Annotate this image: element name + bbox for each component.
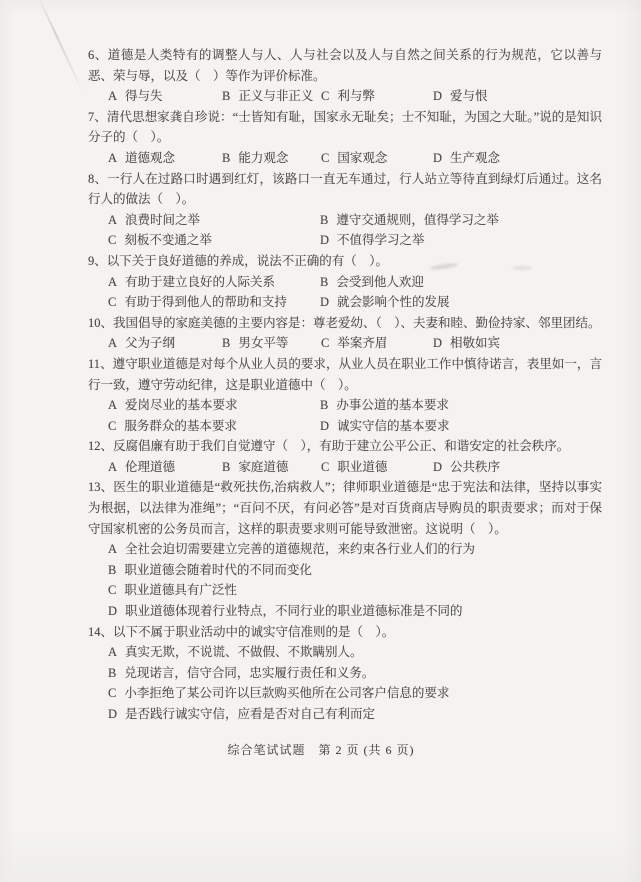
question-number: 6、 [88, 48, 108, 62]
option-letter: C [108, 295, 116, 309]
option-a: A父为子纲 [108, 333, 222, 354]
option-text: 爱与恨 [450, 89, 488, 103]
question: 6、道德是人类特有的调整人与人、人与社会以及人与自然之间关系的行为规范，它以善与… [88, 45, 602, 107]
option-text: 诚实守信的基本要求 [337, 419, 450, 433]
option-letter: A [108, 460, 117, 474]
option-text: 家庭道德 [238, 460, 288, 474]
option-text: 父为子纲 [125, 336, 175, 350]
option-text: 爱岗尽业的基本要求 [125, 398, 238, 412]
question-text: 12、反腐倡廉有助于我们自觉遵守（ ），有助于建立公平公正、和谐安定的社会秩序。 [88, 436, 602, 457]
question-text: 9、以下关于良好道德的养成，说法不正确的有（ ）。 [88, 251, 602, 272]
question: 13、医生的职业道德是“救死扶伤,治病救人”；律师职业道德是“忠于宪法和法律，坚… [88, 477, 602, 621]
option-text: 国家观念 [337, 151, 387, 165]
page-footer: 综合笔试试题第 2 页 (共 6 页) [64, 740, 578, 761]
option-letter: B [222, 151, 230, 165]
option-letter: C [108, 686, 116, 700]
question: 10、我国倡导的家庭美德的主要内容是：尊老爱幼、（ ）、夫妻和睦、勤俭持家、邻里… [88, 313, 602, 354]
question-number: 11、 [88, 357, 113, 371]
option-letter: D [433, 336, 442, 350]
question-body: 道德是人类特有的调整人与人、人与社会以及人与自然之间关系的行为规范，它以善与恶、… [88, 48, 602, 83]
option-letter: C [321, 89, 329, 103]
question-text: 6、道德是人类特有的调整人与人、人与社会以及人与自然之间关系的行为规范，它以善与… [88, 45, 602, 86]
option-text: 职业道德 [337, 460, 387, 474]
option-a: A浪费时间之举 [108, 210, 320, 231]
option-text: 是否践行诚实守信，应看是否对自己有利而定 [125, 707, 375, 721]
option-c: C服务群众的基本要求 [108, 416, 320, 437]
question-number: 14、 [88, 625, 113, 639]
question-number: 10、 [88, 316, 113, 330]
question-body: 清代思想家龚自珍说：“士皆知有耻，国家永无耻矣；士不知耻，为国之大耻。”说的是知… [88, 110, 602, 145]
question-number: 12、 [88, 439, 113, 453]
option-text: 有助于得到他人的帮助和支持 [124, 295, 287, 309]
option-letter: D [108, 707, 117, 721]
option-b: B能力观念 [222, 148, 321, 169]
question-body: 我国倡导的家庭美德的主要内容是：尊老爱幼、（ ）、夫妻和睦、勤俭持家、邻里团结。 [113, 316, 601, 330]
option-d: D爱与恨 [433, 86, 602, 107]
options: A道德观念B能力观念C国家观念D生产观念 [108, 148, 602, 169]
option-c: C有助于得到他人的帮助和支持 [108, 292, 320, 313]
question-body: 遵守职业道德是对每个从业人员的要求，从业人员在职业工作中慎待诺言，表里如一，言行… [88, 357, 602, 392]
option-letter: B [320, 275, 328, 289]
question-text: 13、医生的职业道德是“救死扶伤,治病救人”；律师职业道德是“忠于宪法和法律，坚… [88, 477, 602, 539]
options: A伦理道德B家庭道德C职业道德D公共秩序 [108, 457, 602, 478]
option-text: 小李拒绝了某公司许以巨款购买他所在公司客户信息的要求 [124, 686, 449, 700]
option-letter: C [108, 419, 116, 433]
option-a: A有助于建立良好的人际关系 [108, 272, 320, 293]
options: A得与失B正义与非正义C利与弊D爱与恨 [108, 86, 602, 107]
question-number: 9、 [88, 254, 107, 268]
option-text: 会受到他人欢迎 [336, 275, 424, 289]
option-letter: A [108, 336, 117, 350]
option-d: D生产观念 [433, 148, 602, 169]
question: 8、一行人在过路口时遇到红灯，该路口一直无车通过，行人站立等待直到绿灯后通过。这… [88, 169, 602, 251]
option-text: 全社会迫切需要建立完善的道德规范，来约束各行业人们的行为 [125, 542, 475, 556]
option-text: 道德观念 [125, 151, 175, 165]
option-letter: D [108, 604, 117, 618]
options: A父为子纲B男女平等C举案齐眉D相敬如宾 [108, 333, 602, 354]
option-text: 遵守交通规则，值得学习之举 [336, 213, 499, 227]
option-d: D是否践行诚实守信，应看是否对自己有利而定 [108, 704, 602, 725]
options: A浪费时间之举B遵守交通规则，值得学习之举C刻板不变通之举D不值得学习之举 [108, 210, 602, 251]
option-letter: B [222, 89, 230, 103]
question-number: 7、 [88, 110, 107, 124]
page-number: 第 2 页 (共 6 页) [319, 743, 415, 757]
option-a: A道德观念 [108, 148, 222, 169]
option-text: 有助于建立良好的人际关系 [125, 275, 275, 289]
option-text: 真实无欺，不说谎、不做假、不欺瞒别人。 [125, 645, 363, 659]
option-b: B办事公道的基本要求 [320, 395, 602, 416]
option-a: A爱岗尽业的基本要求 [108, 395, 320, 416]
question-list: 6、道德是人类特有的调整人与人、人与社会以及人与自然之间关系的行为规范，它以善与… [88, 45, 602, 725]
question-text: 8、一行人在过路口时遇到红灯，该路口一直无车通过，行人站立等待直到绿灯后通过。这… [88, 169, 602, 210]
option-c: C小李拒绝了某公司许以巨款购买他所在公司客户信息的要求 [108, 683, 602, 704]
question-body: 医生的职业道德是“救死扶伤,治病救人”；律师职业道德是“忠于宪法和法律，坚持以事… [88, 480, 602, 535]
option-b: B遵守交通规则，值得学习之举 [320, 210, 602, 231]
option-c: C利与弊 [321, 86, 433, 107]
question-body: 一行人在过路口时遇到红灯，该路口一直无车通过，行人站立等待直到绿灯后通过。这名行… [88, 172, 602, 207]
option-text: 职业道德具有广泛性 [124, 583, 237, 597]
option-text: 伦理道德 [125, 460, 175, 474]
option-text: 就会影响个性的发展 [337, 295, 450, 309]
option-text: 办事公道的基本要求 [336, 398, 449, 412]
option-d: D公共秩序 [433, 457, 602, 478]
question-body: 以下关于良好道德的养成，说法不正确的有（ ）。 [107, 254, 388, 268]
option-text: 得与失 [125, 89, 163, 103]
option-letter: B [320, 398, 328, 412]
option-text: 职业道德会随着时代的不同而变化 [124, 563, 312, 577]
scanned-exam-page: 6、道德是人类特有的调整人与人、人与社会以及人与自然之间关系的行为规范，它以善与… [0, 0, 641, 882]
question: 12、反腐倡廉有助于我们自觉遵守（ ），有助于建立公平公正、和谐安定的社会秩序。… [88, 436, 602, 477]
option-c: C举案齐眉 [321, 333, 433, 354]
option-letter: B [222, 336, 230, 350]
question-text: 11、遵守职业道德是对每个从业人员的要求，从业人员在职业工作中慎待诺言，表里如一… [88, 354, 602, 395]
question: 11、遵守职业道德是对每个从业人员的要求，从业人员在职业工作中慎待诺言，表里如一… [88, 354, 602, 436]
question-number: 13、 [88, 480, 113, 494]
option-letter: C [108, 583, 116, 597]
option-c: C职业道德具有广泛性 [108, 580, 602, 601]
option-c: C国家观念 [321, 148, 433, 169]
option-text: 利与弊 [337, 89, 375, 103]
options: A真实无欺，不说谎、不做假、不欺瞒别人。B兑现诺言，信守合同，忠实履行责任和义务… [108, 642, 602, 724]
option-b: B会受到他人欢迎 [320, 272, 602, 293]
option-text: 正义与非正义 [238, 89, 313, 103]
option-letter: A [108, 542, 117, 556]
option-b: B男女平等 [222, 333, 321, 354]
option-letter: A [108, 213, 117, 227]
option-text: 浪费时间之举 [125, 213, 200, 227]
option-a: A全社会迫切需要建立完善的道德规范，来约束各行业人们的行为 [108, 539, 602, 560]
question-body: 反腐倡廉有助于我们自觉遵守（ ），有助于建立公平公正、和谐安定的社会秩序。 [113, 439, 569, 453]
option-letter: D [320, 233, 329, 247]
option-a: A伦理道德 [108, 457, 222, 478]
option-d: D就会影响个性的发展 [320, 292, 602, 313]
option-text: 公共秩序 [450, 460, 500, 474]
option-d: D职业道德体现着行业特点，不同行业的职业道德标准是不同的 [108, 601, 602, 622]
option-letter: A [108, 275, 117, 289]
option-letter: D [320, 295, 329, 309]
option-d: D相敬如宾 [433, 333, 602, 354]
option-b: B兑现诺言，信守合同，忠实履行责任和义务。 [108, 663, 602, 684]
option-letter: C [108, 233, 116, 247]
question-number: 8、 [88, 172, 107, 186]
option-text: 能力观念 [238, 151, 288, 165]
option-letter: A [108, 89, 117, 103]
scan-fold-artifact [36, 0, 84, 94]
option-text: 相敬如宾 [450, 336, 500, 350]
option-text: 刻板不变通之举 [124, 233, 212, 247]
option-letter: C [321, 460, 329, 474]
option-letter: C [321, 151, 329, 165]
option-b: B职业道德会随着时代的不同而变化 [108, 560, 602, 581]
option-text: 服务群众的基本要求 [124, 419, 237, 433]
option-letter: D [433, 460, 442, 474]
option-text: 不值得学习之举 [337, 233, 425, 247]
option-d: D不值得学习之举 [320, 230, 602, 251]
option-letter: A [108, 151, 117, 165]
option-letter: D [433, 151, 442, 165]
question-body: 以下不属于职业活动中的诚实守信准则的是（ ）。 [113, 625, 394, 639]
options: A爱岗尽业的基本要求B办事公道的基本要求C服务群众的基本要求D诚实守信的基本要求 [108, 395, 602, 436]
option-a: A真实无欺，不说谎、不做假、不欺瞒别人。 [108, 642, 602, 663]
option-letter: C [321, 336, 329, 350]
option-c: C刻板不变通之举 [108, 230, 320, 251]
question: 9、以下关于良好道德的养成，说法不正确的有（ ）。 A有助于建立良好的人际关系B… [88, 251, 602, 313]
option-letter: B [222, 460, 230, 474]
option-text: 兑现诺言，信守合同，忠实履行责任和义务。 [124, 666, 374, 680]
option-b: B家庭道德 [222, 457, 321, 478]
doc-title: 综合笔试试题 [227, 743, 305, 757]
option-letter: B [108, 563, 116, 577]
exam-content: 6、道德是人类特有的调整人与人、人与社会以及人与自然之间关系的行为规范，它以善与… [88, 45, 602, 760]
option-letter: D [320, 419, 329, 433]
option-d: D诚实守信的基本要求 [320, 416, 602, 437]
option-letter: B [108, 666, 116, 680]
option-a: A得与失 [108, 86, 222, 107]
option-text: 生产观念 [450, 151, 500, 165]
option-letter: D [433, 89, 442, 103]
option-c: C职业道德 [321, 457, 433, 478]
question-text: 10、我国倡导的家庭美德的主要内容是：尊老爱幼、（ ）、夫妻和睦、勤俭持家、邻里… [88, 313, 602, 334]
option-letter: A [108, 398, 117, 412]
option-letter: A [108, 645, 117, 659]
question: 14、以下不属于职业活动中的诚实守信准则的是（ ）。 A真实无欺，不说谎、不做假… [88, 622, 602, 725]
option-text: 男女平等 [238, 336, 288, 350]
option-text: 举案齐眉 [337, 336, 387, 350]
option-text: 职业道德体现着行业特点，不同行业的职业道德标准是不同的 [125, 604, 463, 618]
question: 7、清代思想家龚自珍说：“士皆知有耻，国家永无耻矣；士不知耻，为国之大耻。”说的… [88, 107, 602, 169]
options: A有助于建立良好的人际关系B会受到他人欢迎C有助于得到他人的帮助和支持D就会影响… [108, 272, 602, 313]
option-b: B正义与非正义 [222, 86, 321, 107]
option-letter: B [320, 213, 328, 227]
question-text: 14、以下不属于职业活动中的诚实守信准则的是（ ）。 [88, 622, 602, 643]
options: A全社会迫切需要建立完善的道德规范，来约束各行业人们的行为B职业道德会随着时代的… [108, 539, 602, 621]
question-text: 7、清代思想家龚自珍说：“士皆知有耻，国家永无耻矣；士不知耻，为国之大耻。”说的… [88, 107, 602, 148]
